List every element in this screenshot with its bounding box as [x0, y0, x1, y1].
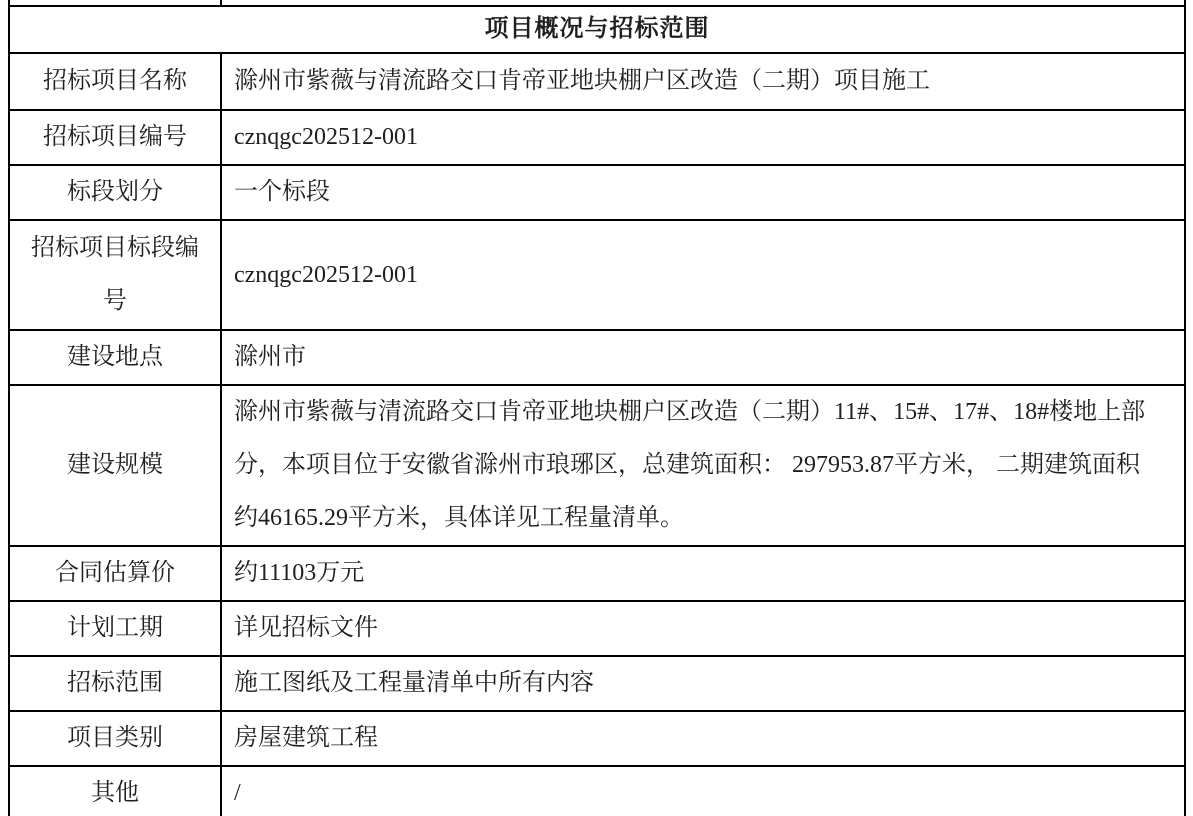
document-page: 项目概况与招标范围 招标项目名称 滁州市紫薇与清流路交口肯帝亚地块棚户区改造（二… [0, 0, 1193, 816]
row-value-cell: / [221, 766, 1185, 816]
table-row: 其他 / [9, 766, 1185, 816]
section-title: 项目概况与招标范围 [9, 6, 1185, 53]
row-label-cell: 合同估算价 [9, 546, 221, 601]
table-row: 招标范围 施工图纸及工程量清单中所有内容 [9, 656, 1185, 711]
project-overview-table: 项目概况与招标范围 招标项目名称 滁州市紫薇与清流路交口肯帝亚地块棚户区改造（二… [8, 0, 1186, 816]
row-value-cell: 施工图纸及工程量清单中所有内容 [221, 656, 1185, 711]
table-row: 计划工期 详见招标文件 [9, 601, 1185, 656]
table-row: 招标项目编号 cznqgc202512-001 [9, 110, 1185, 165]
row-value-cell: 一个标段 [221, 165, 1185, 220]
table-row: 标段划分 一个标段 [9, 165, 1185, 220]
row-label-cell: 招标范围 [9, 656, 221, 711]
row-label-cell: 招标项目标段编号 [9, 220, 221, 330]
row-label-cell: 建设规模 [9, 385, 221, 546]
row-label-cell: 计划工期 [9, 601, 221, 656]
row-value-cell: 详见招标文件 [221, 601, 1185, 656]
table-row: 招标项目名称 滁州市紫薇与清流路交口肯帝亚地块棚户区改造（二期）项目施工 [9, 53, 1185, 110]
row-label-cell: 招标项目编号 [9, 110, 221, 165]
row-value-cell: cznqgc202512-001 [221, 220, 1185, 330]
row-label-cell: 其他 [9, 766, 221, 816]
row-value-cell: 滁州市 [221, 330, 1185, 385]
table-row: 合同估算价 约11103万元 [9, 546, 1185, 601]
row-label-cell: 标段划分 [9, 165, 221, 220]
row-value-cell: 房屋建筑工程 [221, 711, 1185, 766]
table-row: 招标项目标段编号 cznqgc202512-001 [9, 220, 1185, 330]
table-row: 建设地点 滁州市 [9, 330, 1185, 385]
table-row: 项目类别 房屋建筑工程 [9, 711, 1185, 766]
row-value-cell: 滁州市紫薇与清流路交口肯帝亚地块棚户区改造（二期）11#、15#、17#、18#… [221, 385, 1185, 546]
section-header-row: 项目概况与招标范围 [9, 6, 1185, 53]
row-value-cell: 约11103万元 [221, 546, 1185, 601]
row-value-cell: cznqgc202512-001 [221, 110, 1185, 165]
row-label-cell: 招标项目名称 [9, 53, 221, 110]
row-value-cell: 滁州市紫薇与清流路交口肯帝亚地块棚户区改造（二期）项目施工 [221, 53, 1185, 110]
table-row: 建设规模 滁州市紫薇与清流路交口肯帝亚地块棚户区改造（二期）11#、15#、17… [9, 385, 1185, 546]
row-label-cell: 项目类别 [9, 711, 221, 766]
row-label-cell: 建设地点 [9, 330, 221, 385]
